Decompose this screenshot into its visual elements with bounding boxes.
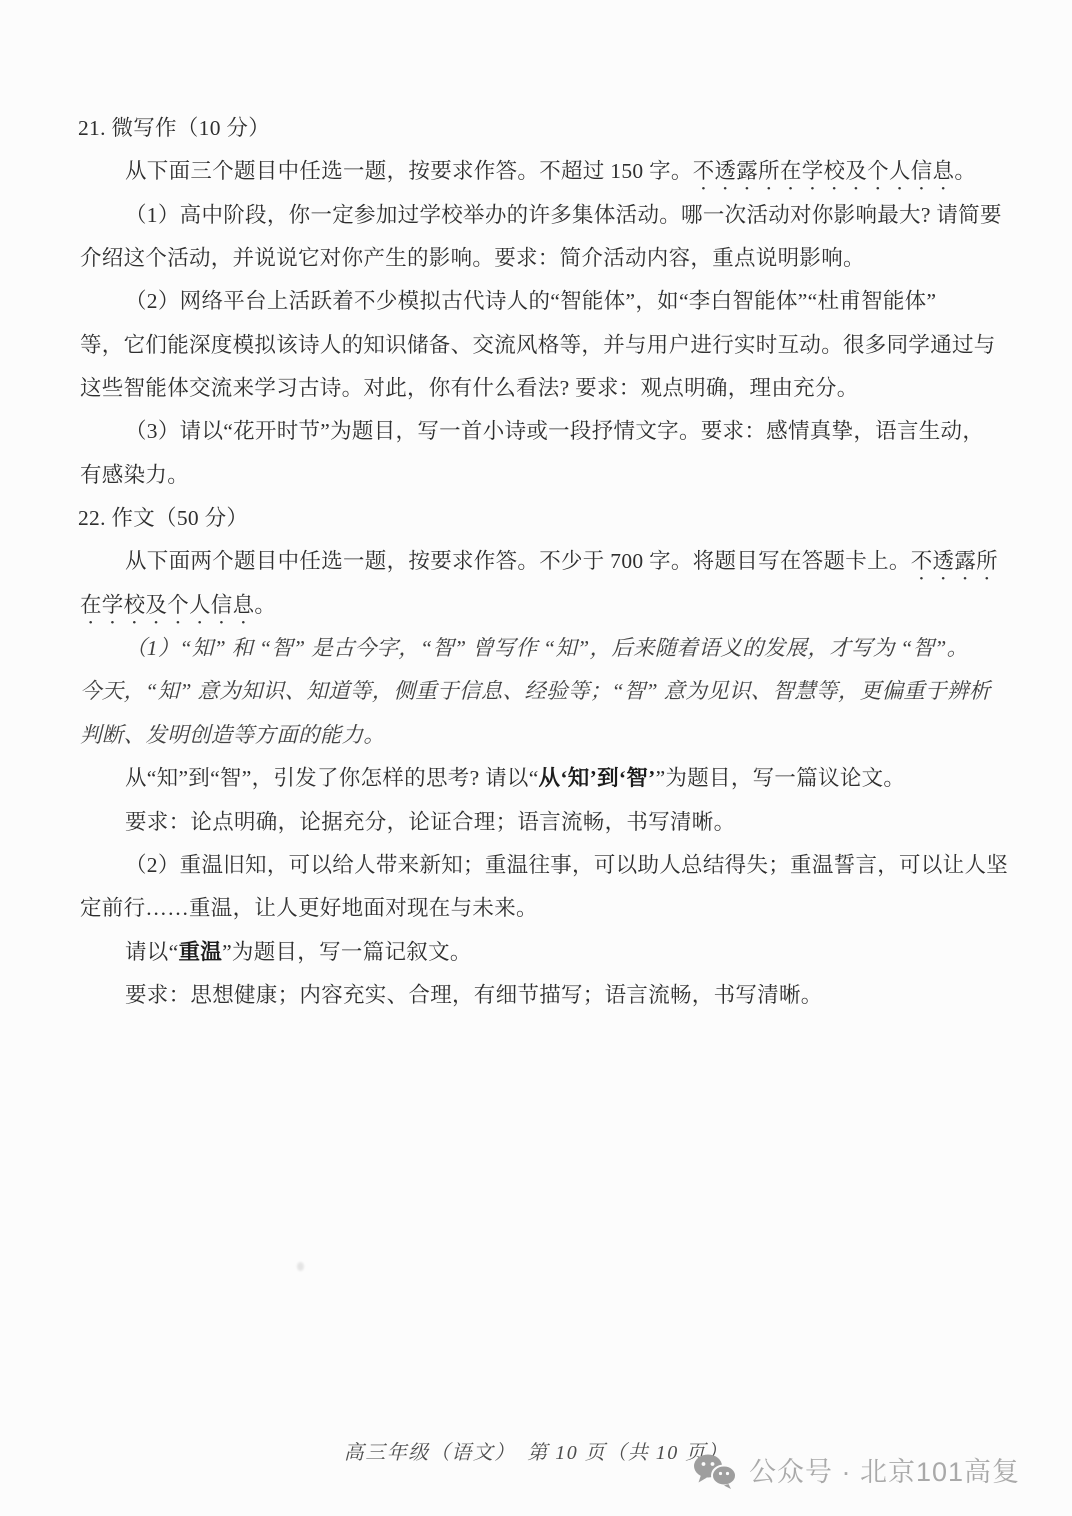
- q21-option2-line3: 这些智能体交流来学习古诗。对此，你有什么看法? 要求：观点明确，理由充分。: [0, 367, 1072, 410]
- q22-option2-material-line2: 定前行……重温，让人更好地面对现在与未来。: [0, 887, 1072, 930]
- body-text: 从下面三个题目中任选一题，按要求作答。不超过 150 字。: [125, 159, 693, 183]
- q21-option2-line2: 等，它们能深度模拟该诗人的知识储备、交流风格等，并与用户进行实时互动。很多同学通…: [0, 324, 1072, 367]
- body-text: 请以“: [125, 940, 178, 964]
- body-text: 今天，“知” 意为知识、知道等，侧重于信息、经验等；“智” 意为见识、智慧等，更…: [80, 679, 991, 703]
- exam-page: 21. 微写作（10 分）从下面三个题目中任选一题，按要求作答。不超过 150 …: [0, 0, 1072, 1516]
- q22-option2-requirements: 要求：思想健康；内容充实、合理，有细节描写；语言流畅，书写清晰。: [0, 974, 1072, 1017]
- q22-option1-material-line2: 今天，“知” 意为知识、知道等，侧重于信息、经验等；“智” 意为见识、智慧等，更…: [0, 670, 1072, 713]
- q21-option3-line1: （3）请以“花开时节”为题目，写一首小诗或一段抒情文字。要求：感情真挚，语言生动…: [0, 410, 1072, 453]
- body-text: 要求：论点明确，论据充分，论证合理；语言流畅，书写清晰。: [125, 810, 735, 834]
- body-text: ”为题目，写一篇议论文。: [656, 766, 906, 790]
- bold-title-text: 重温: [178, 940, 222, 964]
- q22-option1-requirements: 要求：论点明确，论据充分，论证合理；语言流畅，书写清晰。: [0, 801, 1072, 844]
- body-text: （2）重温旧知，可以给人带来新知；重温往事，可以助人总结得失；重温誓言，可以让人…: [125, 853, 1008, 877]
- footer-text: 高三年级（语文） 第 10 页（共 10 页）: [344, 1442, 729, 1464]
- body-text: 这些智能体交流来学习古诗。对此，你有什么看法? 要求：观点明确，理由充分。: [80, 376, 859, 400]
- q21-intro: 从下面三个题目中任选一题，按要求作答。不超过 150 字。不透露所在学校及个人信…: [0, 150, 1072, 193]
- q22-option1-task: 从“知”到“智”，引发了你怎样的思考? 请以“从‘知’到‘智’”为题目，写一篇议…: [0, 757, 1072, 800]
- q22-intro-line2: 在学校及个人信息。: [0, 584, 1072, 627]
- body-text: （1）高中阶段，你一定参加过学校举办的许多集体活动。哪一次活动对你影响最大? 请…: [125, 203, 1002, 227]
- body-text: 从“知”到“智”，引发了你怎样的思考? 请以“: [125, 766, 539, 790]
- emphasis-dotted-text: 不透露所: [911, 549, 998, 573]
- q22-header: 22. 作文（50 分）: [0, 497, 1072, 540]
- q22-option2-task: 请以“重温”为题目，写一篇记叙文。: [0, 931, 1072, 974]
- exam-body: 21. 微写作（10 分）从下面三个题目中任选一题，按要求作答。不超过 150 …: [0, 107, 1072, 1017]
- q22-intro-line1: 从下面两个题目中任选一题，按要求作答。不少于 700 字。将题目写在答题卡上。不…: [0, 540, 1072, 583]
- wechat-logo-icon: [693, 1453, 737, 1490]
- body-text: 21. 微写作（10 分）: [78, 116, 270, 140]
- body-text: 介绍这个活动，并说说它对你产生的影响。要求：简介活动内容，重点说明影响。: [80, 246, 865, 270]
- body-text: 。: [254, 593, 276, 617]
- body-text: 从下面两个题目中任选一题，按要求作答。不少于 700 字。将题目写在答题卡上。: [125, 549, 911, 573]
- body-text: 有感染力。: [80, 463, 189, 487]
- scan-artifact: [297, 1262, 304, 1271]
- body-text: 22. 作文（50 分）: [78, 506, 248, 530]
- body-text: 判断、发明创造等方面的能力。: [80, 723, 385, 747]
- emphasis-dotted-text: 不透露所在学校及个人信息: [693, 159, 955, 183]
- watermark-text: 公众号 · 北京101高复: [749, 1454, 1020, 1490]
- body-text: 等，它们能深度模拟该诗人的知识储备、交流风格等，并与用户进行实时互动。很多同学通…: [80, 333, 996, 357]
- q22-option1-material-line1: （1）“知” 和 “智” 是古今字，“智” 曾写作 “知”，后来随着语义的发展，…: [0, 627, 1072, 670]
- q21-option2-line1: （2）网络平台上活跃着不少模拟古代诗人的“智能体”，如“李白智能体”“杜甫智能体…: [0, 280, 1072, 323]
- body-text: （2）网络平台上活跃着不少模拟古代诗人的“智能体”，如“李白智能体”“杜甫智能体…: [125, 289, 936, 313]
- body-text: （1）“知” 和 “智” 是古今字，“智” 曾写作 “知”，后来随着语义的发展，…: [125, 636, 968, 660]
- q21-option1-line1: （1）高中阶段，你一定参加过学校举办的许多集体活动。哪一次活动对你影响最大? 请…: [0, 194, 1072, 237]
- body-text: 定前行……重温，让人更好地面对现在与未来。: [80, 896, 538, 920]
- body-text: 要求：思想健康；内容充实、合理，有细节描写；语言流畅，书写清晰。: [125, 983, 823, 1007]
- bold-title-text: 从‘知’到‘智’: [539, 766, 656, 790]
- q21-header: 21. 微写作（10 分）: [0, 107, 1072, 150]
- emphasis-dotted-text: 在学校及个人信息: [80, 593, 254, 617]
- q22-option1-material-line3: 判断、发明创造等方面的能力。: [0, 714, 1072, 757]
- body-text: ”为题目，写一篇记叙文。: [222, 940, 472, 964]
- q21-option3-line2: 有感染力。: [0, 454, 1072, 497]
- body-text: 。: [954, 159, 976, 183]
- q21-option1-line2: 介绍这个活动，并说说它对你产生的影响。要求：简介活动内容，重点说明影响。: [0, 237, 1072, 280]
- q22-option2-material-line1: （2）重温旧知，可以给人带来新知；重温往事，可以助人总结得失；重温誓言，可以让人…: [0, 844, 1072, 887]
- body-text: （3）请以“花开时节”为题目，写一首小诗或一段抒情文字。要求：感情真挚，语言生动…: [125, 419, 984, 443]
- watermark: 公众号 · 北京101高复: [693, 1453, 1020, 1490]
